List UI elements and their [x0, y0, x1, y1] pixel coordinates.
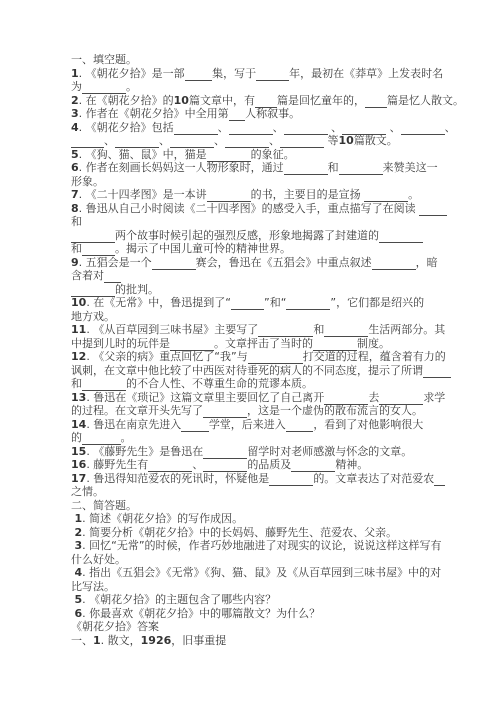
- document-line: 2. 在《朝花夕拾》的10篇文章中，有____篇是回忆童年的，____篇是忆人散…: [71, 94, 443, 108]
- fill-in-blank: ________: [203, 458, 247, 472]
- document-line: 4. 《朝花夕拾》包括________、________、________ 、_…: [71, 121, 443, 135]
- fill-in-blank: ________: [324, 323, 368, 337]
- document-line: 的_______。: [71, 431, 443, 445]
- fill-in-blank: ________: [364, 188, 408, 202]
- document-line: 15. 《藤野先生》是鲁迅在________留学时对老师感激与怀念的文章。: [71, 445, 443, 459]
- document-line: 8. 鲁迅从自己小时阅读《二十四孝图》的感受入手，重点描写了在阅读 _____: [71, 202, 443, 216]
- document-line: 11. 《从百草园到三味书屋》主要写了__________和________生活…: [71, 323, 443, 337]
- fill-in-blank: ________: [174, 121, 218, 135]
- fill-in-blank: ____: [255, 94, 277, 108]
- fill-in-blank: ________: [170, 134, 214, 148]
- fill-in-blank: ________: [324, 391, 368, 405]
- document-line: 10. 在《无常》中，鲁迅提到了“______”和“________”，它们都是…: [71, 296, 443, 310]
- fill-in-blank: ________: [286, 296, 330, 310]
- fill-in-blank: _____: [286, 418, 314, 432]
- fill-in-blank: ________: [203, 404, 247, 418]
- fill-in-blank: ________: [342, 121, 386, 135]
- fill-in-blank: ________: [379, 391, 423, 405]
- fill-in-blank: __: [434, 472, 445, 486]
- fill-in-blank: ________: [291, 458, 335, 472]
- fill-in-blank: ________: [229, 121, 273, 135]
- fill-in-blank: ______: [71, 134, 104, 148]
- document-line: ______、________、________、________、______…: [71, 134, 443, 148]
- fill-in-blank: ________: [225, 134, 269, 148]
- fill-in-blank: ___: [229, 107, 246, 121]
- document-line: 3. 作者在《朝花夕拾》中全用第___人称叙事。: [71, 107, 443, 121]
- fill-in-blank: ________: [284, 121, 328, 135]
- fill-in-blank: ________: [115, 134, 159, 148]
- fill-in-blank: _____: [185, 67, 213, 81]
- fill-in-blank: _______: [82, 431, 121, 445]
- fill-in-blank: ________: [71, 283, 115, 297]
- document-line: 的过程。在文章开头先写了________，这是一个虚伪的散布流言的女人。: [71, 404, 443, 418]
- fill-in-blank: ______: [231, 296, 264, 310]
- document-line: 《朝花夕拾》答案: [71, 620, 443, 634]
- document-page: 一、填空题。1. 《朝花夕拾》是一部_____集，写于______年，最初在《莽…: [0, 0, 496, 702]
- fill-in-blank: ______: [256, 67, 289, 81]
- document-line: 6. 你最喜欢《朝花夕拾》中的哪篇散文？为什么？: [71, 607, 443, 621]
- fill-in-blank: ____: [365, 94, 387, 108]
- fill-in-blank: ________: [372, 256, 416, 270]
- fill-in-blank: ________: [203, 445, 247, 459]
- document-line: 之情。: [71, 485, 443, 499]
- document-body: 一、填空题。1. 《朝花夕拾》是一部_____集，写于______年，最初在《莽…: [71, 53, 443, 647]
- fill-in-blank: ________: [71, 229, 115, 243]
- fill-in-blank: ________: [148, 458, 192, 472]
- fill-in-blank: _____: [423, 364, 451, 378]
- document-line: 3. 回忆“无常”的时候，作者巧妙地融进了对现实的议论，说说这样这样写有: [71, 539, 443, 553]
- document-line: 二、简答题。: [71, 499, 443, 513]
- document-line: 4. 指出《五猖会》《无常》《狗、猫、鼠》及《从百草园到三味书屋》中的对: [71, 566, 443, 580]
- document-line: 和______。揭示了中国儿童可怜的精神世界。: [71, 242, 443, 256]
- document-line: 7. 《二十四孝图》是一本讲________的书，主要目的是宣扬 _______…: [71, 188, 443, 202]
- document-line: 6. 作者在刻画长妈妈这一人物形象时，通过________和________来赞…: [71, 161, 443, 175]
- document-line: 含着对___: [71, 269, 443, 283]
- fill-in-blank: ________: [82, 377, 126, 391]
- document-line: 形象。: [71, 175, 443, 189]
- document-line: 地方戏。: [71, 310, 443, 324]
- fill-in-blank: ________: [284, 161, 328, 175]
- document-line: 1. 简述《朝花夕拾》的写作成因。: [71, 512, 443, 526]
- document-line: 13. 鲁迅在《琐记》这篇文章里主要回忆了自己离开________去______…: [71, 391, 443, 405]
- fill-in-blank: ________: [280, 134, 324, 148]
- document-line: 2. 简要分析《朝花夕拾》中的长妈妈、藤野先生、范爱农、父亲。: [71, 526, 443, 540]
- fill-in-blank: ________: [152, 256, 196, 270]
- fill-in-blank: ________: [207, 148, 251, 162]
- fill-in-blank: ___: [104, 269, 121, 283]
- document-line: 9. 五猖会是一个________赛会，鲁迅在《五猖会》中重点叙述_______…: [71, 256, 443, 270]
- document-line: ________的批判。: [71, 283, 443, 297]
- fill-in-blank: ________: [170, 337, 214, 351]
- document-line: 和: [71, 215, 443, 229]
- fill-in-blank: ________: [401, 121, 445, 135]
- document-line: 中提到儿时的玩伴是________。文章抨击了当时的________制度。: [71, 337, 443, 351]
- document-line: 和________的不合人性、不尊重生命的荒谬本质。: [71, 377, 443, 391]
- document-line: ________两个故事时候引起的强烈反感，形象地揭露了封建道的________: [71, 229, 443, 243]
- document-line: 12. 《父亲的病》重点回忆了“我”与__________打交道的过程，蕴含着有…: [71, 350, 443, 364]
- fill-in-blank: __________: [258, 323, 313, 337]
- document-line: 5. 《狗、猫、鼠》中，猫是________的象征。: [71, 148, 443, 162]
- document-line: 16. 藤野先生有________、________的品质及________精神…: [71, 458, 443, 472]
- document-line: 比写法。: [71, 580, 443, 594]
- document-line: 17. 鲁迅得知范爱农的死讯时，怀疑他是________的。文章表达了对范爱农_…: [71, 472, 443, 486]
- document-line: 一、1. 散文，1926，旧事重提: [71, 634, 443, 648]
- fill-in-blank: _____: [419, 202, 447, 216]
- fill-in-blank: __________: [248, 350, 303, 364]
- fill-in-blank: ________: [269, 472, 313, 486]
- document-line: 讽刺，在文章中他比较了中西医对待垂死的病人的不同态度，提示了所谓_____: [71, 364, 443, 378]
- document-line: 5. 《朝花夕拾》的主题包含了哪些内容？: [71, 593, 443, 607]
- document-line: 什么好处。: [71, 553, 443, 567]
- fill-in-blank: _____: [181, 418, 209, 432]
- fill-in-blank: ________: [82, 80, 126, 94]
- fill-in-blank: ________: [339, 161, 383, 175]
- document-line: 1. 《朝花夕拾》是一部_____集，写于______年，最初在《莽草》上发表时…: [71, 67, 443, 81]
- fill-in-blank: ________: [207, 188, 251, 202]
- fill-in-blank: ________: [379, 229, 423, 243]
- document-line: 为________。: [71, 80, 443, 94]
- fill-in-blank: ______: [82, 242, 115, 256]
- document-line: 一、填空题。: [71, 53, 443, 67]
- fill-in-blank: ________: [313, 337, 357, 351]
- document-line: 14. 鲁迅在南京先进入_____学堂，后来进入_____，看到了对他影响很大: [71, 418, 443, 432]
